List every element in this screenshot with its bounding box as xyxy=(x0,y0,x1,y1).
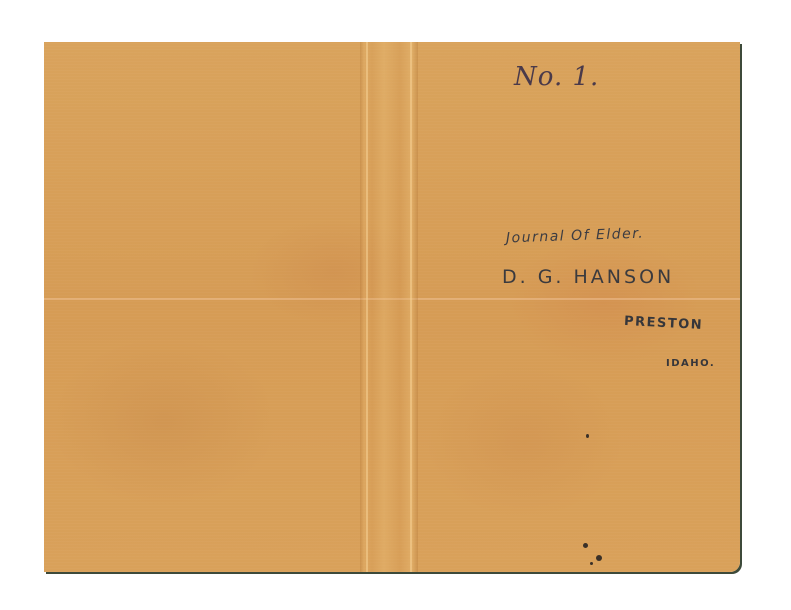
journal-title: Journal Of Elder. xyxy=(506,226,645,247)
ink-spot xyxy=(590,562,593,565)
book-spine xyxy=(360,42,418,572)
ink-spot xyxy=(583,543,588,548)
ink-spot xyxy=(586,434,589,438)
ink-spot xyxy=(596,555,602,561)
volume-number: No. 1. xyxy=(514,62,599,92)
owner-city: PRESTON xyxy=(624,314,704,333)
journal-cover: No. 1. Journal Of Elder. D. G. HANSON PR… xyxy=(44,42,740,572)
owner-name: D. G. HANSON xyxy=(502,266,674,288)
owner-state: IDAHO. xyxy=(666,358,715,369)
